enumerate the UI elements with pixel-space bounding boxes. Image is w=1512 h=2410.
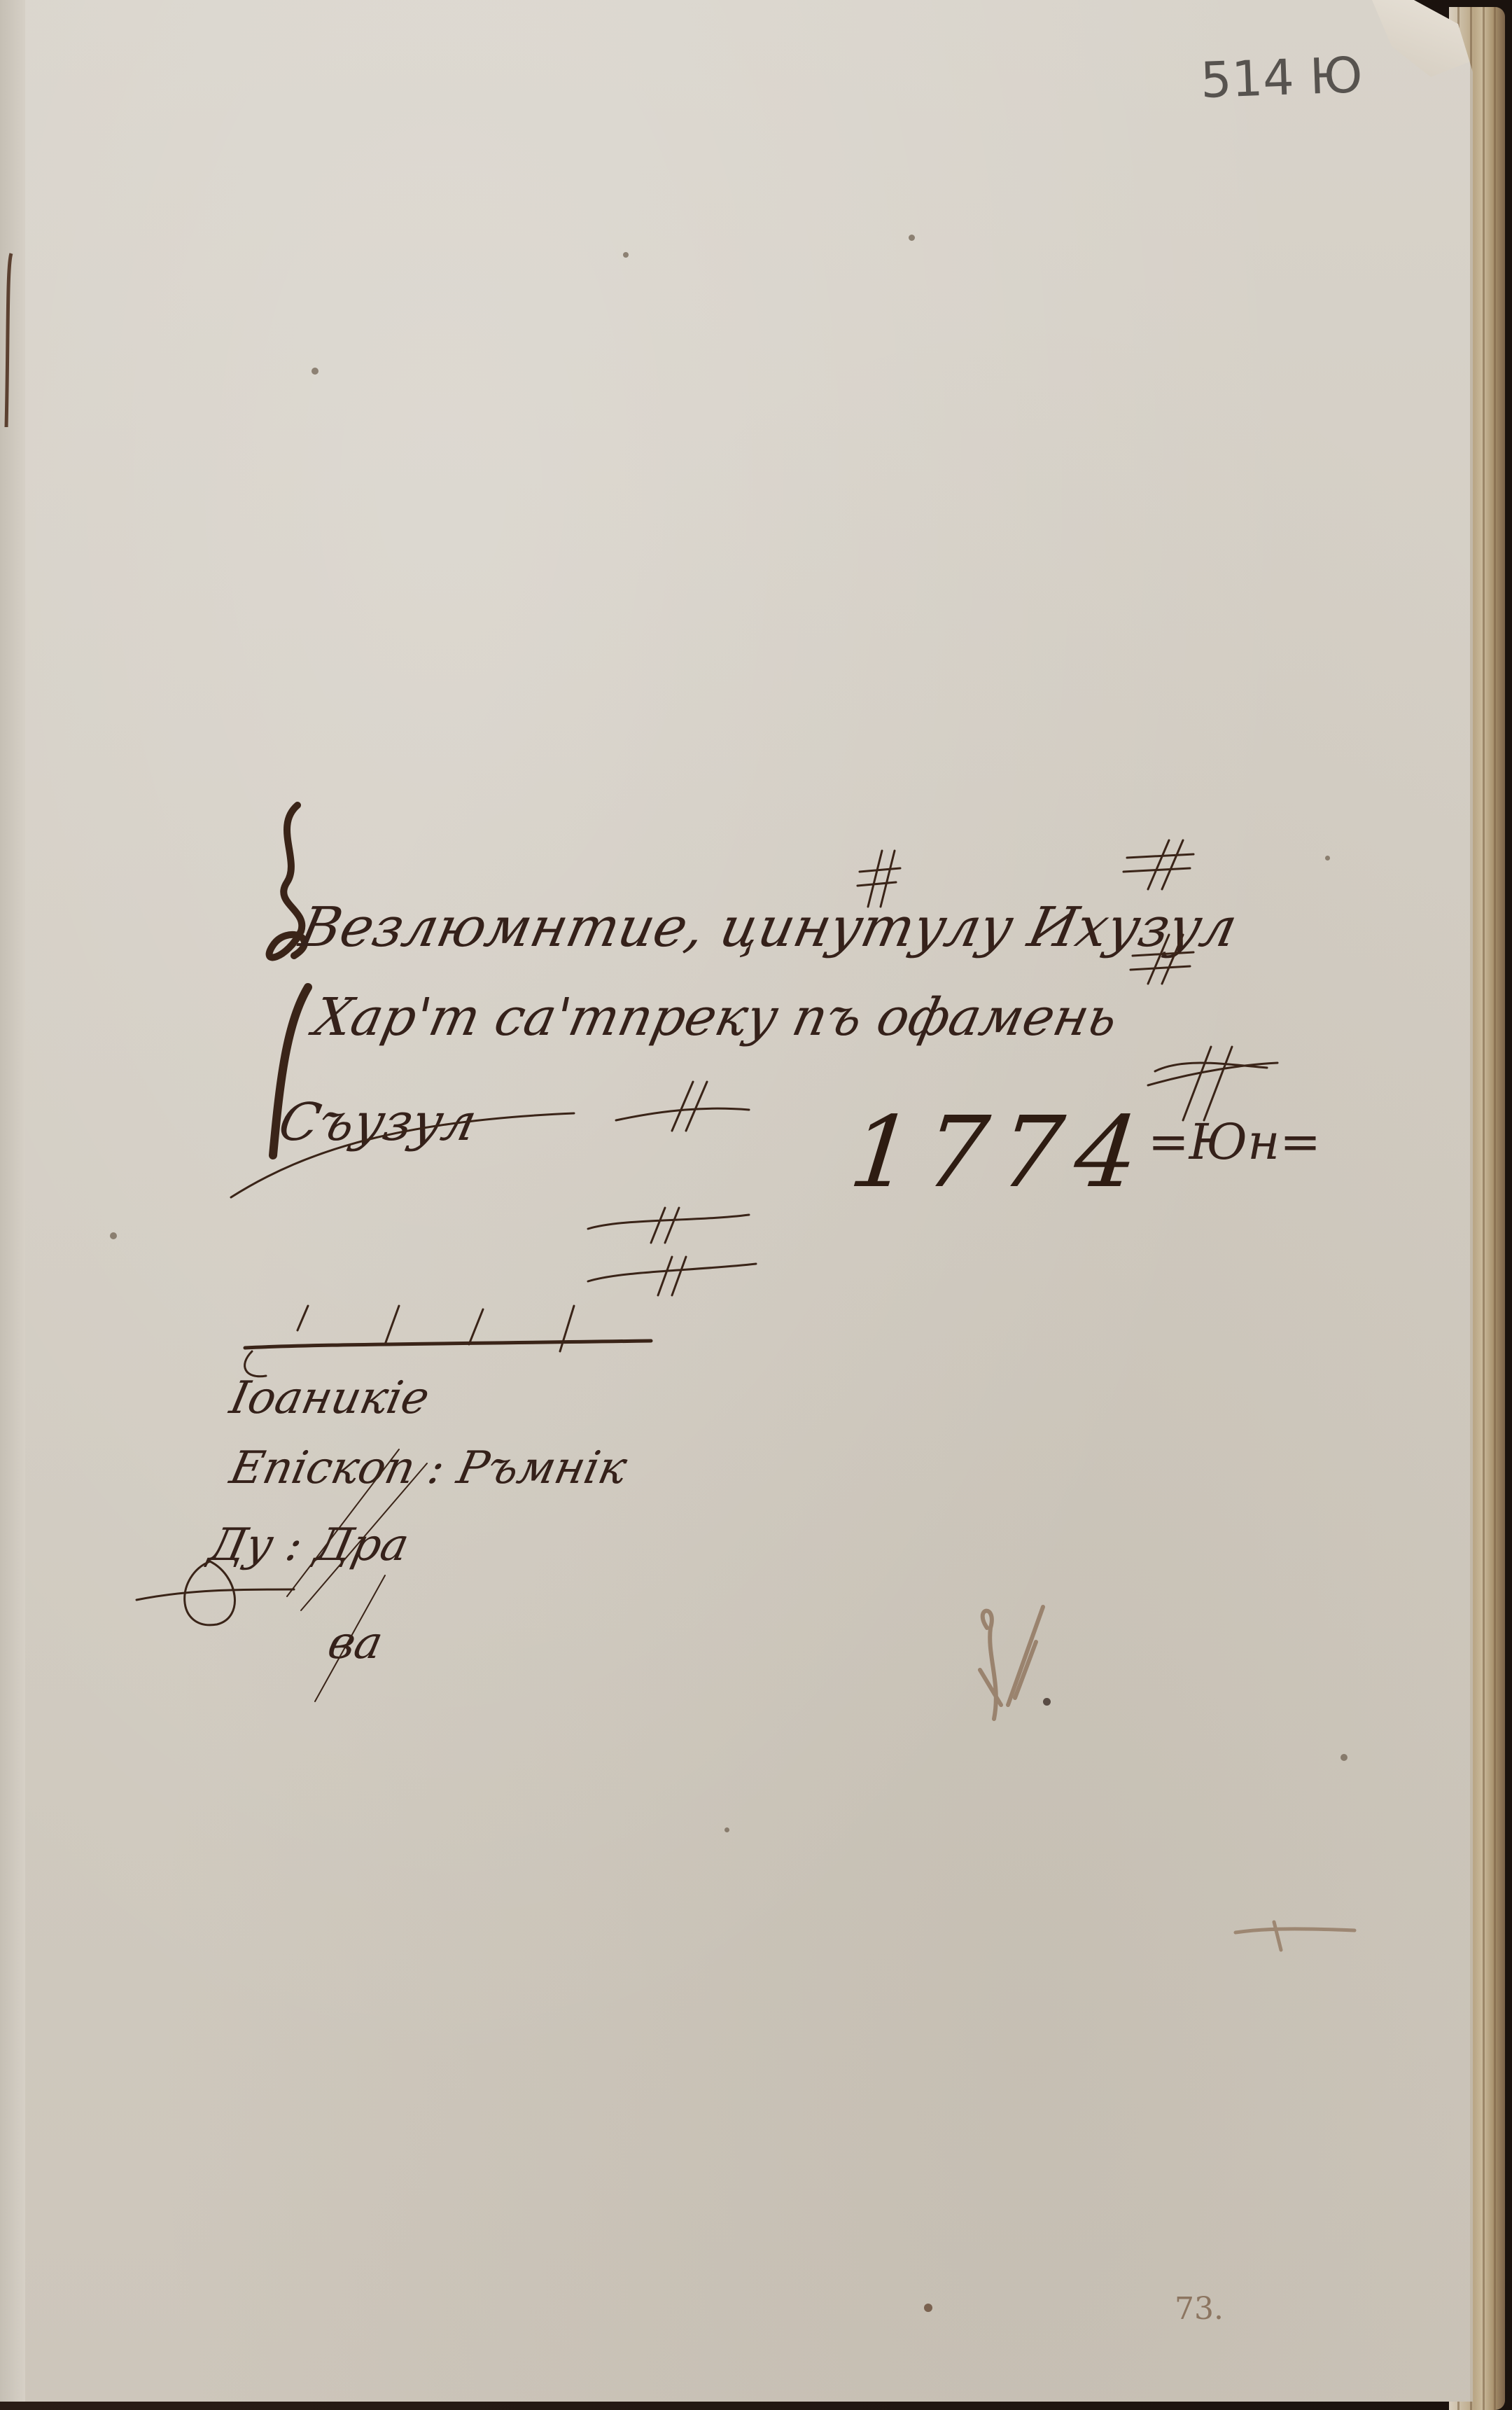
paper-speck — [924, 2304, 932, 2312]
title-line-2: Хар'т са'тпреку пъ офамень — [309, 987, 1123, 1047]
ink-stain — [959, 1600, 1050, 1729]
signature-flourish — [133, 1533, 483, 1718]
year-1774: 1774 — [844, 1096, 1156, 1210]
paper-speck — [311, 368, 318, 375]
year-suffix: =Юн= — [1148, 1113, 1321, 1171]
paper-speck — [1340, 1754, 1347, 1761]
folio-number-bottom: 73. — [1175, 2291, 1224, 2327]
signature-line-1: Ioaникіе — [225, 1372, 434, 1424]
paper-speck — [909, 235, 915, 241]
folio-number-pencil: 514 Ю — [1200, 46, 1364, 109]
paper-speck — [724, 1827, 729, 1832]
paragraph-mark — [854, 847, 903, 913]
paper-speck — [1325, 856, 1330, 861]
signature-line-2: Епіскоп : Ръмнік — [225, 1442, 631, 1494]
ink-smudge — [1232, 1915, 1358, 1960]
strike-flourish — [224, 1092, 588, 1207]
paragraph-mark — [1120, 837, 1197, 896]
paragraph-mark — [1127, 931, 1197, 990]
paper-speck — [623, 252, 629, 258]
paper-speck — [110, 1232, 117, 1239]
paragraph-mark — [609, 1078, 756, 1137]
manuscript-page: 514 Ю Везлюмнтие, цинутулу Ихузул Хар'т … — [0, 0, 1473, 2402]
binding-thread-mark — [4, 252, 14, 434]
title-line-1: Везлюмнтие, цинутулу Ихузул — [294, 896, 1242, 959]
